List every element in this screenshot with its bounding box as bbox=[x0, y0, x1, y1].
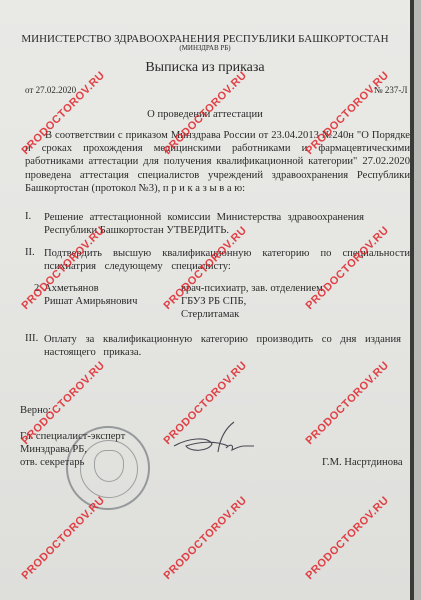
specialist-org: ГБУЗ РБ СПБ, bbox=[181, 296, 246, 308]
watermark: PRODOCTOROV.RU bbox=[162, 494, 250, 582]
document-page: МИНИСТЕРСТВО ЗДРАВООХРАНЕНИЯ РЕСПУБЛИКИ … bbox=[0, 0, 410, 600]
item-text: Оплату за квалификационную категорию про… bbox=[44, 333, 401, 359]
specialist-position: врач-психиатр, зав. отделением bbox=[181, 283, 323, 295]
ministry-short: (МИНЗДРАВ РБ) bbox=[0, 44, 410, 52]
signer-title-line: отв. секретарь bbox=[20, 457, 84, 469]
specialist-name: Ришат Амирьянович bbox=[44, 296, 137, 308]
document-title: Выписка из приказа bbox=[0, 60, 410, 76]
specialist-city: Стерлитамак bbox=[181, 309, 239, 321]
background-surface bbox=[414, 0, 421, 600]
watermark: PRODOCTOROV.RU bbox=[304, 359, 392, 447]
item-number: II. bbox=[25, 247, 35, 259]
emblem-icon bbox=[94, 450, 124, 482]
signer-name: Г.М. Насртдинова bbox=[322, 457, 403, 469]
watermark: PRODOCTOROV.RU bbox=[20, 494, 108, 582]
watermark: PRODOCTOROV.RU bbox=[304, 494, 392, 582]
signer-title-line: Минздрава РБ, bbox=[20, 444, 87, 456]
item-number: III. bbox=[25, 333, 38, 345]
order-date: от 27.02.2020 bbox=[25, 84, 76, 96]
preamble: В соответствии с приказом Минздрава Росс… bbox=[25, 129, 410, 195]
item-number: I. bbox=[25, 211, 31, 223]
